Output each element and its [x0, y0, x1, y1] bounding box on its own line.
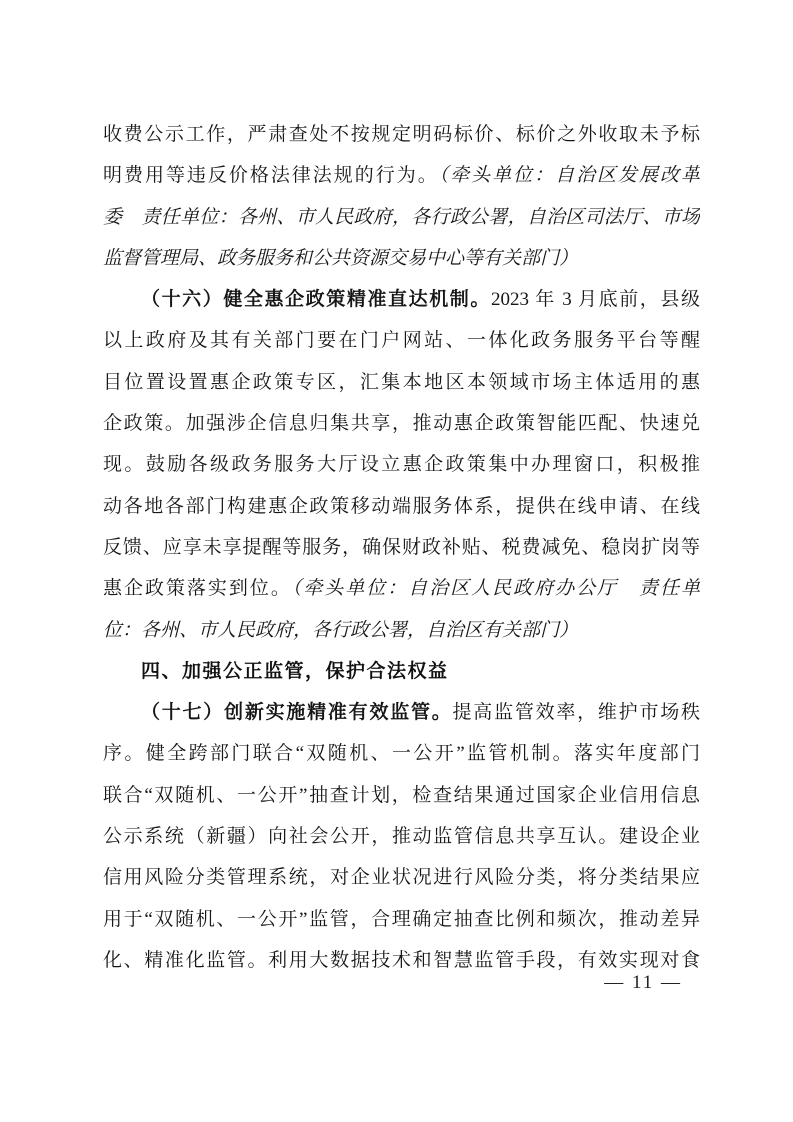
body-text: 明费用等违反价格法律法规的行为。: [103, 165, 439, 186]
body-text: 惠企政策落实到位。: [103, 578, 292, 599]
responsible-unit-text: 委 责任单位：各州、市人民政府，各行政公署，自治区司法厅、市场: [103, 206, 700, 228]
body-text: 联合“双随机、一公开”抽查计划，检查结果通过国家企业信用信息: [103, 785, 700, 806]
body-text: 动各地各部门构建惠企政策移动端服务体系，提供在线申请、在线: [103, 496, 700, 517]
body-text: 企政策。加强涉企信息归集共享，推动惠企政策智能匹配、快速兑: [103, 413, 700, 434]
text-line: 序。健全跨部门联合“双随机、一公开”监管机制。落实年度部门: [103, 733, 700, 774]
body-text: 信用风险分类管理系统，对企业状况进行风险分类，将分类结果应: [103, 867, 700, 888]
text-line: （十六）健全惠企政策精准直达机制。2023 年 3 月底前，县级: [103, 279, 700, 320]
text-line: 用于“双随机、一公开”监管，合理确定抽查比例和频次，推动差异: [103, 899, 700, 940]
document-page: 收费公示工作，严肃查处不按规定明码标价、标价之外收取未予标明费用等违反价格法律法…: [0, 0, 793, 1122]
text-line: 四、加强公正监管，保护合法权益: [103, 651, 700, 692]
responsible-unit-text: （牵头单位：自治区发展改革: [439, 164, 700, 186]
text-line: 目位置设置惠企政策专区，汇集本地区本领域市场主体适用的惠: [103, 362, 700, 403]
responsible-unit-text: 监督管理局、政务服务和公共资源交易中心等有关部门）: [103, 247, 578, 269]
body-text: 公示系统（新疆）向社会公开，推动监管信息共享互认。建设企业: [103, 826, 700, 847]
responsible-unit-text: （牵头单位：自治区人民政府办公厅 责任单: [292, 577, 700, 599]
text-line: 反馈、应享未享提醒等服务，确保财政补贴、税费减免、稳岗扩岗等: [103, 527, 700, 568]
text-line: 委 责任单位：各州、市人民政府，各行政公署，自治区司法厅、市场: [103, 197, 700, 238]
text-line: 现。鼓励各级政务服务大厅设立惠企政策集中办理窗口，积极推: [103, 444, 700, 485]
text-line: 动各地各部门构建惠企政策移动端服务体系，提供在线申请、在线: [103, 486, 700, 527]
text-line: 联合“双随机、一公开”抽查计划，检查结果通过国家企业信用信息: [103, 775, 700, 816]
item-heading: （十七）创新实施精准有效监管。: [141, 702, 453, 723]
text-line: 企政策。加强涉企信息归集共享，推动惠企政策智能匹配、快速兑: [103, 403, 700, 444]
text-line: 位：各州、市人民政府，各行政公署，自治区有关部门）: [103, 610, 700, 651]
document-body: 收费公示工作，严肃查处不按规定明码标价、标价之外收取未予标明费用等违反价格法律法…: [103, 114, 700, 981]
body-text: 提高监管效率，维护市场秩: [453, 702, 700, 723]
body-text: 目位置设置惠企政策专区，汇集本地区本领域市场主体适用的惠: [103, 372, 700, 393]
text-line: （十七）创新实施精准有效监管。提高监管效率，维护市场秩: [103, 692, 700, 733]
body-text: 收费公示工作，严肃查处不按规定明码标价、标价之外收取未予标: [103, 124, 700, 145]
body-text: 现。鼓励各级政务服务大厅设立惠企政策集中办理窗口，积极推: [103, 454, 700, 475]
body-text: 序。健全跨部门联合“双随机、一公开”监管机制。落实年度部门: [103, 743, 700, 764]
body-text: 用于“双随机、一公开”监管，合理确定抽查比例和频次，推动差异: [103, 909, 700, 930]
body-text: 2023 年 3 月底前，县级: [491, 289, 700, 310]
text-line: 公示系统（新疆）向社会公开，推动监管信息共享互认。建设企业: [103, 816, 700, 857]
text-line: 惠企政策落实到位。（牵头单位：自治区人民政府办公厅 责任单: [103, 568, 700, 609]
text-line: 监督管理局、政务服务和公共资源交易中心等有关部门）: [103, 238, 700, 279]
responsible-unit-text: 位：各州、市人民政府，各行政公署，自治区有关部门）: [103, 619, 578, 641]
text-line: 明费用等违反价格法律法规的行为。（牵头单位：自治区发展改革: [103, 155, 700, 196]
page-number: — 11 —: [604, 972, 682, 994]
body-text: 化、精准化监管。利用大数据技术和智慧监管手段，有效实现对食: [103, 950, 700, 971]
body-text: 反馈、应享未享提醒等服务，确保财政补贴、税费减免、稳岗扩岗等: [103, 537, 700, 558]
text-line: 以上政府及其有关部门要在门户网站、一体化政务服务平台等醒: [103, 320, 700, 361]
text-line: 信用风险分类管理系统，对企业状况进行风险分类，将分类结果应: [103, 857, 700, 898]
text-line: 收费公示工作，严肃查处不按规定明码标价、标价之外收取未予标: [103, 114, 700, 155]
section-heading: 四、加强公正监管，保护合法权益: [141, 661, 449, 682]
item-heading: （十六）健全惠企政策精准直达机制。: [141, 289, 491, 310]
body-text: 以上政府及其有关部门要在门户网站、一体化政务服务平台等醒: [103, 330, 700, 351]
